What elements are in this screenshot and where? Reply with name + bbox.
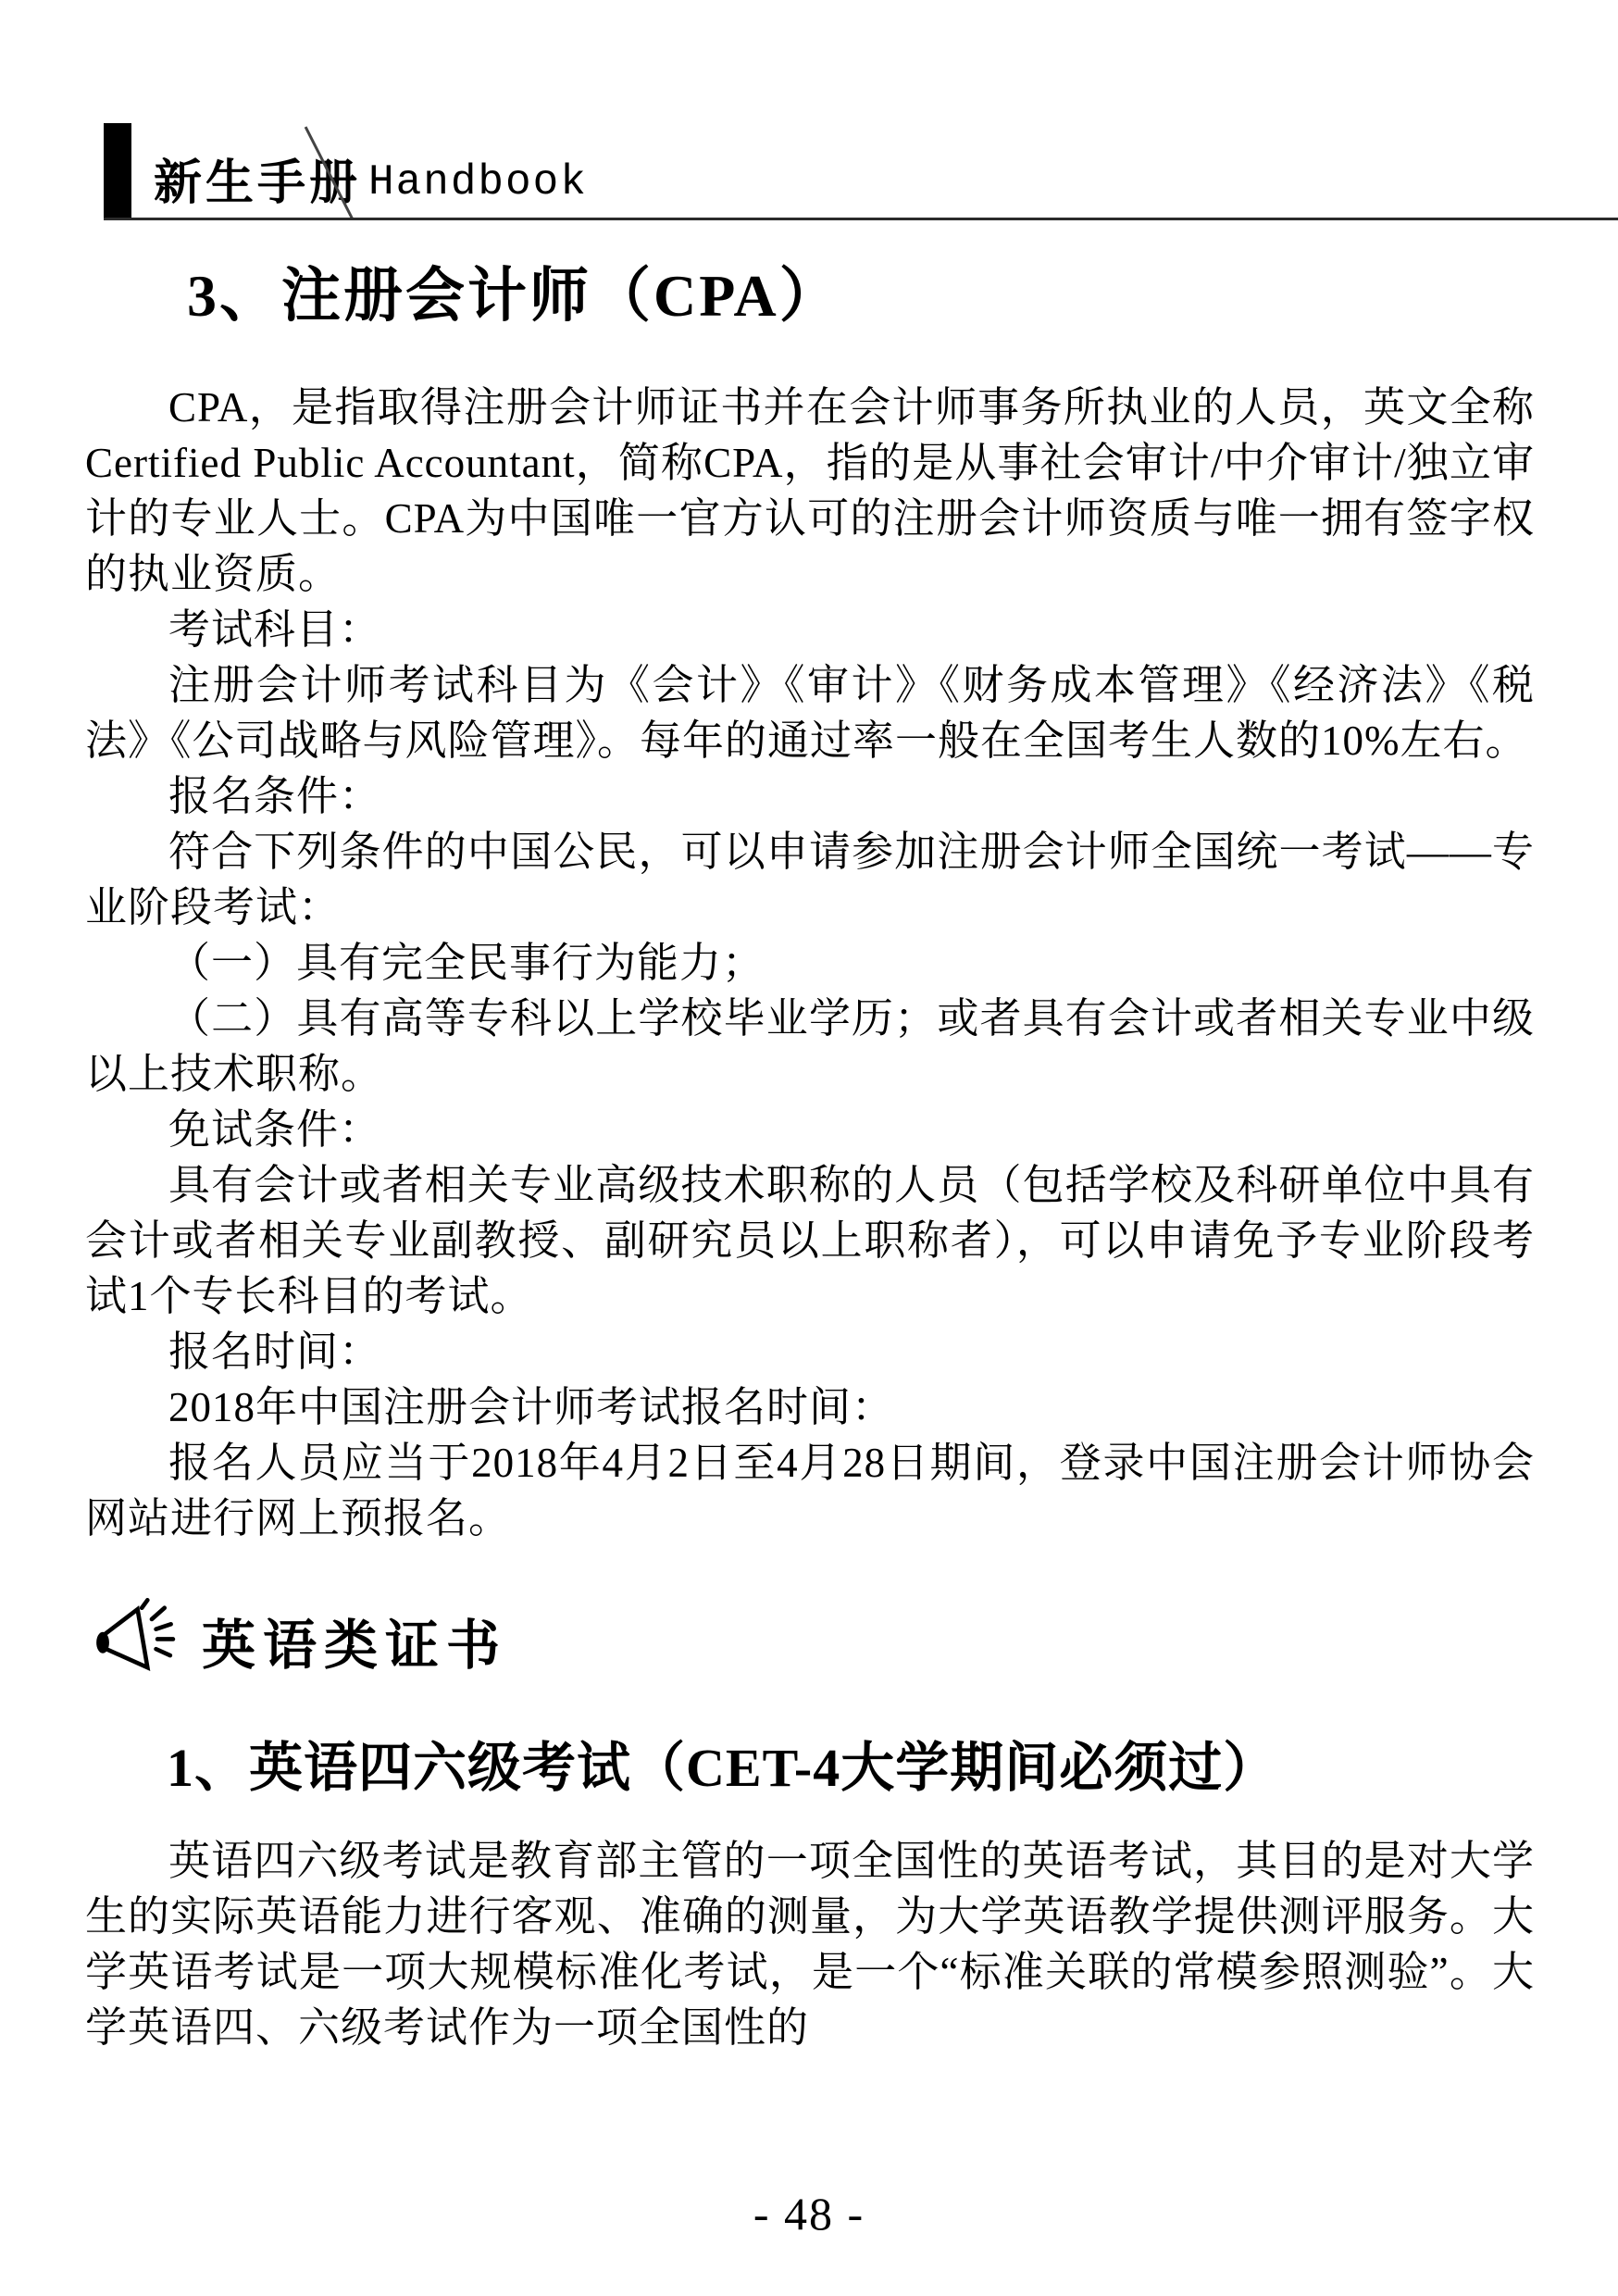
header-rule: [104, 218, 1618, 220]
handbook-page: 新生手册 Handbook 3、注册会计师（CPA） CPA，是指取得注册会计师…: [0, 0, 1618, 2296]
page-number: - 48 -: [753, 2188, 865, 2240]
cpa-section-title: 3、注册会计师（CPA）: [85, 248, 1535, 333]
page-header: 新生手册 Handbook: [0, 123, 1618, 219]
registration-time-2018-line: 2018年中国注册会计师考试报名时间：: [85, 1379, 1535, 1435]
registration-time-paragraph: 报名人员应当于2018年4月2日至4月28日期间，登录中国注册会计师协会网站进行…: [85, 1435, 1535, 1546]
english-certificates-heading-text: 英语类证书: [202, 1602, 507, 1679]
header-black-bar: [104, 123, 131, 219]
page-footer: - 48 -: [0, 2187, 1618, 2240]
exemption-conditions-label: 免试条件：: [85, 1102, 1535, 1157]
cet-intro-paragraph: 英语四六级考试是教育部主管的一项全国性的英语考试，其目的是对大学生的实际英语能力…: [85, 1833, 1535, 2055]
registration-conditions-label: 报名条件：: [85, 768, 1535, 824]
exam-subjects-paragraph: 注册会计师考试科目为《会计》《审计》《财务成本管理》《经济法》《税法》《公司战略…: [85, 657, 1535, 768]
registration-time-label: 报名时间：: [85, 1324, 1535, 1379]
cpa-intro-paragraph: CPA，是指取得注册会计师证书并在会计师事务所执业的人员，英文全称Certifi…: [85, 380, 1535, 602]
condition-item-2: （二）具有高等专科以上学校毕业学历；或者具有会计或者相关专业中级以上技术职称。: [85, 991, 1535, 1102]
english-certificates-heading: 英语类证书: [91, 1598, 1535, 1683]
registration-conditions-paragraph: 符合下列条件的中国公民，可以申请参加注册会计师全国统一考试——专业阶段考试：: [85, 824, 1535, 935]
exemption-conditions-paragraph: 具有会计或者相关专业高级技术职称的人员（包括学校及科研单位中具有会计或者相关专业…: [85, 1157, 1535, 1324]
exam-subjects-label: 考试科目：: [85, 602, 1535, 657]
cet-exam-subtitle: 1、英语四六级考试（CET-4大学期间必须过）: [85, 1724, 1535, 1802]
handbook-title-en: Handbook: [368, 158, 588, 206]
page-content: 3、注册会计师（CPA） CPA，是指取得注册会计师证书并在会计师事务所执业的人…: [85, 248, 1535, 2055]
condition-item-1: （一）具有完全民事行为能力；: [85, 935, 1535, 991]
speaker-icon: [91, 1598, 176, 1683]
